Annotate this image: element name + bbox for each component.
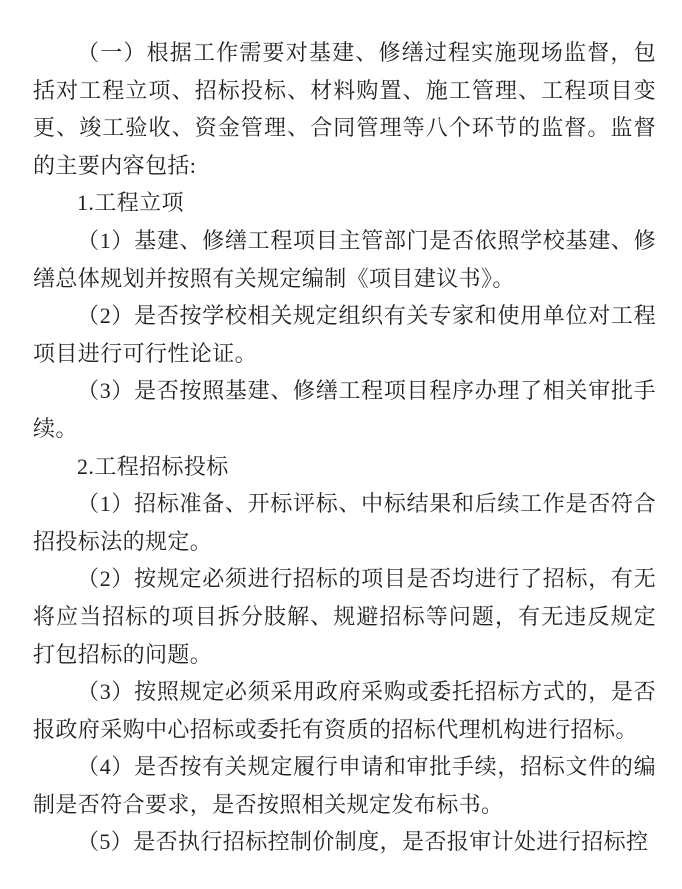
paragraph-2-4: （4）是否按有关规定履行申请和审批手续，招标文件的编制是否符合要求，是否按照相关… <box>33 748 656 823</box>
paragraph-2-1: （1）招标准备、开标评标、中标结果和后续工作是否符合招投标法的规定。 <box>33 485 656 560</box>
paragraph-1-3: （3）是否按照基建、修缮工程项目程序办理了相关审批手续。 <box>33 372 656 447</box>
heading-section-2: 2.工程招标投标 <box>33 448 656 486</box>
heading-section-1: 1.工程立项 <box>33 184 656 222</box>
paragraph-2-5: （5）是否执行招标控制价制度，是否报审计处进行招标控 <box>33 823 656 861</box>
paragraph-2-2: （2）按规定必须进行招标的项目是否均进行了招标，有无将应当招标的项目拆分肢解、规… <box>33 560 656 673</box>
paragraph-1-2: （2）是否按学校相关规定组织有关专家和使用单位对工程项目进行可行性论证。 <box>33 297 656 372</box>
paragraph-2-3: （3）按照规定必须采用政府采购或委托招标方式的，是否报政府采购中心招标或委托有资… <box>33 673 656 748</box>
paragraph-intro: （一）根据工作需要对基建、修缮过程实施现场监督，包括对工程立项、招标投标、材料购… <box>33 34 656 184</box>
paragraph-1-1: （1）基建、修缮工程项目主管部门是否依照学校基建、修缮总体规划并按照有关规定编制… <box>33 222 656 297</box>
document-page: （一）根据工作需要对基建、修缮过程实施现场监督，包括对工程立项、招标投标、材料购… <box>0 0 682 889</box>
